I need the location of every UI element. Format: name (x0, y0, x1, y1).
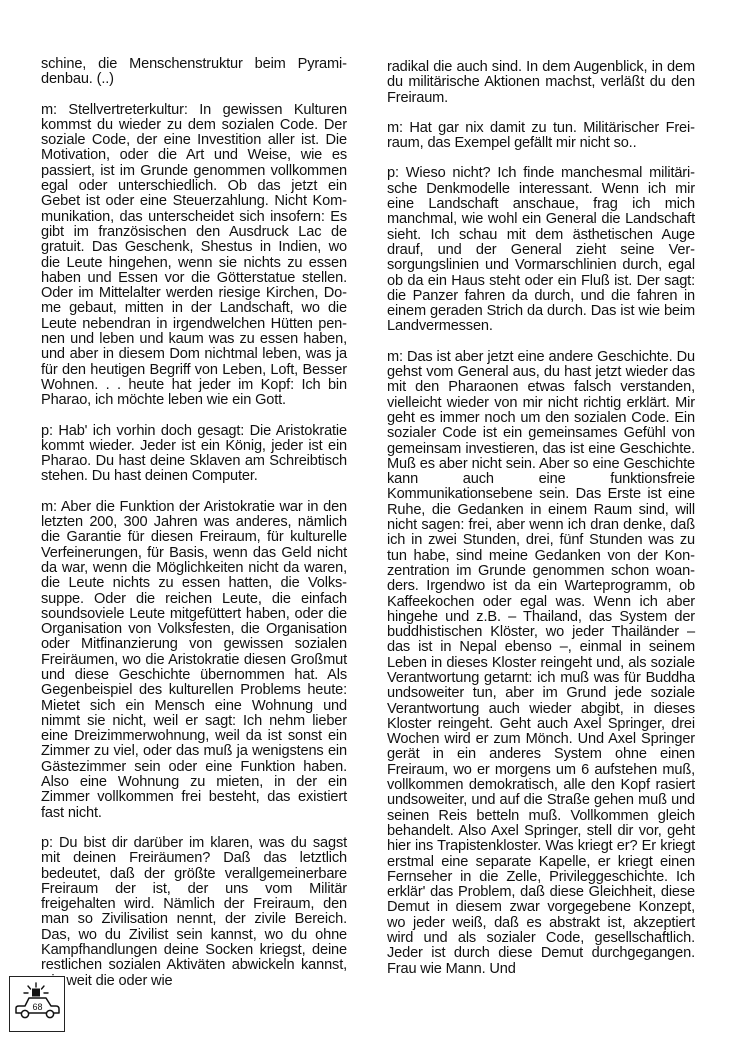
paragraph: m: Das ist aber jetzt eine andere Geschi… (387, 350, 695, 977)
right-text-column: radikal die auch sind. In dem Augenblick… (387, 60, 695, 977)
left-text-column: schine, die Menschenstruktur beim Pyrami… (41, 57, 347, 989)
paragraph: m: Aber die Funktion der Aristokratie wa… (41, 500, 347, 821)
car-number: 68 (32, 1002, 42, 1012)
paragraph: m: Stellvertreterkultur: In gewissen Kul… (41, 103, 347, 409)
police-car-logo: 68 (9, 976, 65, 1032)
paragraph: schine, die Menschenstruktur beim Pyrami… (41, 57, 347, 88)
paragraph: p: Wieso nicht? Ich finde manchesmal mil… (387, 166, 695, 334)
paragraph: p: Hab' ich vorhin doch gesagt: Die Aris… (41, 424, 347, 485)
police-car-icon: 68 (10, 977, 63, 1030)
paragraph: radikal die auch sind. In dem Augenblick… (387, 60, 695, 106)
paragraph: m: Hat gar nix damit zu tun. Militärisch… (387, 121, 695, 152)
paragraph: p: Du bist dir darüber im klaren, was du… (41, 836, 347, 989)
